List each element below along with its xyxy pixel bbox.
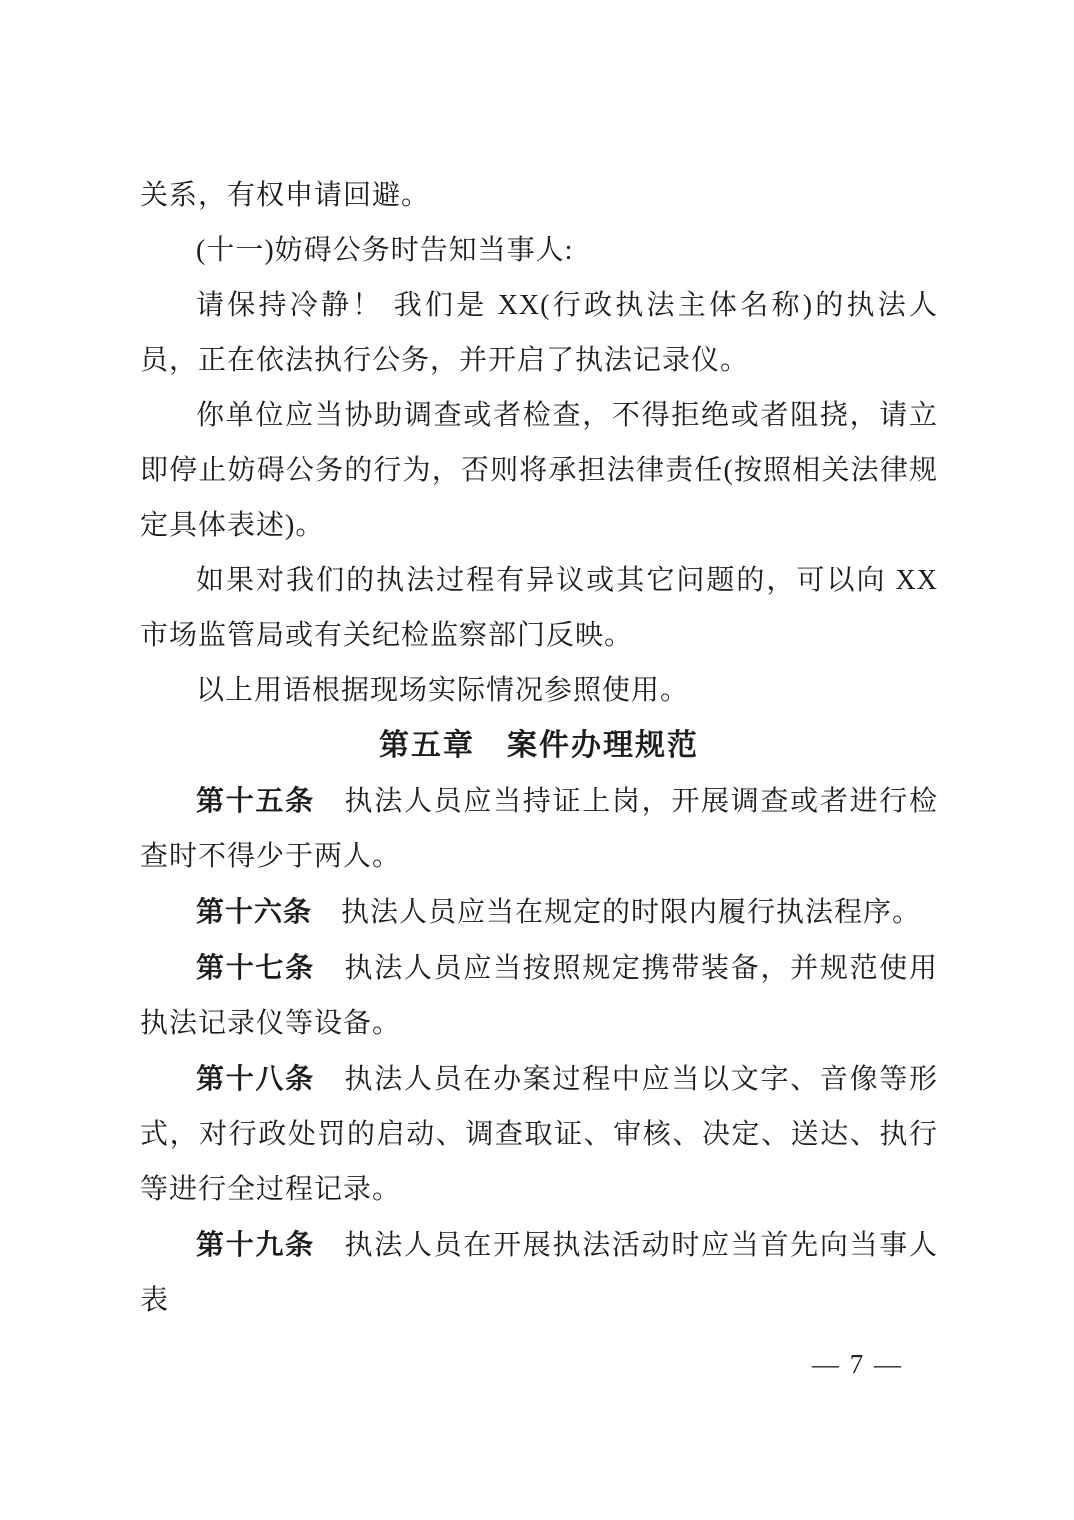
paragraph-5: 如果对我们的执法过程有异议或其它问题的，可以向 XX 市场监管局或有关纪检监察部… (140, 553, 938, 663)
article-number: 第十八条 (196, 1063, 315, 1094)
article-number: 第十九条 (196, 1229, 315, 1260)
text-run: 执法人员应当在规定的时限内履行执法程序。 (312, 897, 921, 928)
text-run: 关系，有权申请回避。 (140, 180, 430, 211)
article-number: 第十七条 (196, 952, 315, 983)
paragraph-12: 第十九条 执法人员在开展执法活动时应当首先向当事人表 (140, 1217, 938, 1328)
article-number: 第十五条 (196, 785, 315, 816)
text-run: 如果对我们的执法过程有异议或其它问题的，可以向 XX 市场监管局或有关纪检监察部… (140, 565, 938, 651)
text-run: (十一)妨碍公务时告知当事人: (196, 235, 573, 266)
text-run: 请保持冷静！ 我们是 XX(行政执法主体名称)的执法人员，正在依法执行公务，并开… (140, 290, 938, 376)
paragraph-8: 第十五条 执法人员应当持证上岗，开展调查或者进行检查时不得少于两人。 (140, 773, 938, 884)
paragraph-4: 你单位应当协助调查或者检查，不得拒绝或者阻挠，请立即停止妨碍公务的行为，否则将承… (140, 388, 938, 553)
chapter-heading: 第五章 案件办理规范 (140, 718, 938, 773)
document-body: 关系，有权申请回避。(十一)妨碍公务时告知当事人:请保持冷静！ 我们是 XX(行… (140, 168, 938, 1328)
paragraph-10: 第十七条 执法人员应当按照规定携带装备，并规范使用执法记录仪等设备。 (140, 940, 938, 1051)
paragraph-2: (十一)妨碍公务时告知当事人: (140, 223, 938, 278)
paragraph-3: 请保持冷静！ 我们是 XX(行政执法主体名称)的执法人员，正在依法执行公务，并开… (140, 278, 938, 388)
paragraph-11: 第十八条 执法人员在办案过程中应当以文字、音像等形式，对行政处罚的启动、调查取证… (140, 1051, 938, 1217)
text-run: 第五章 案件办理规范 (379, 729, 699, 762)
page-number: — 7 — (812, 1348, 903, 1380)
paragraph-1: 关系，有权申请回避。 (140, 168, 938, 223)
paragraph-6: 以上用语根据现场实际情况参照使用。 (140, 663, 938, 718)
document-page: 关系，有权申请回避。(十一)妨碍公务时告知当事人:请保持冷静！ 我们是 XX(行… (0, 0, 1074, 1520)
text-run: 你单位应当协助调查或者检查，不得拒绝或者阻挠，请立即停止妨碍公务的行为，否则将承… (140, 400, 938, 541)
text-run: 以上用语根据现场实际情况参照使用。 (196, 675, 689, 706)
article-number: 第十六条 (196, 896, 312, 927)
paragraph-9: 第十六条 执法人员应当在规定的时限内履行执法程序。 (140, 884, 938, 940)
